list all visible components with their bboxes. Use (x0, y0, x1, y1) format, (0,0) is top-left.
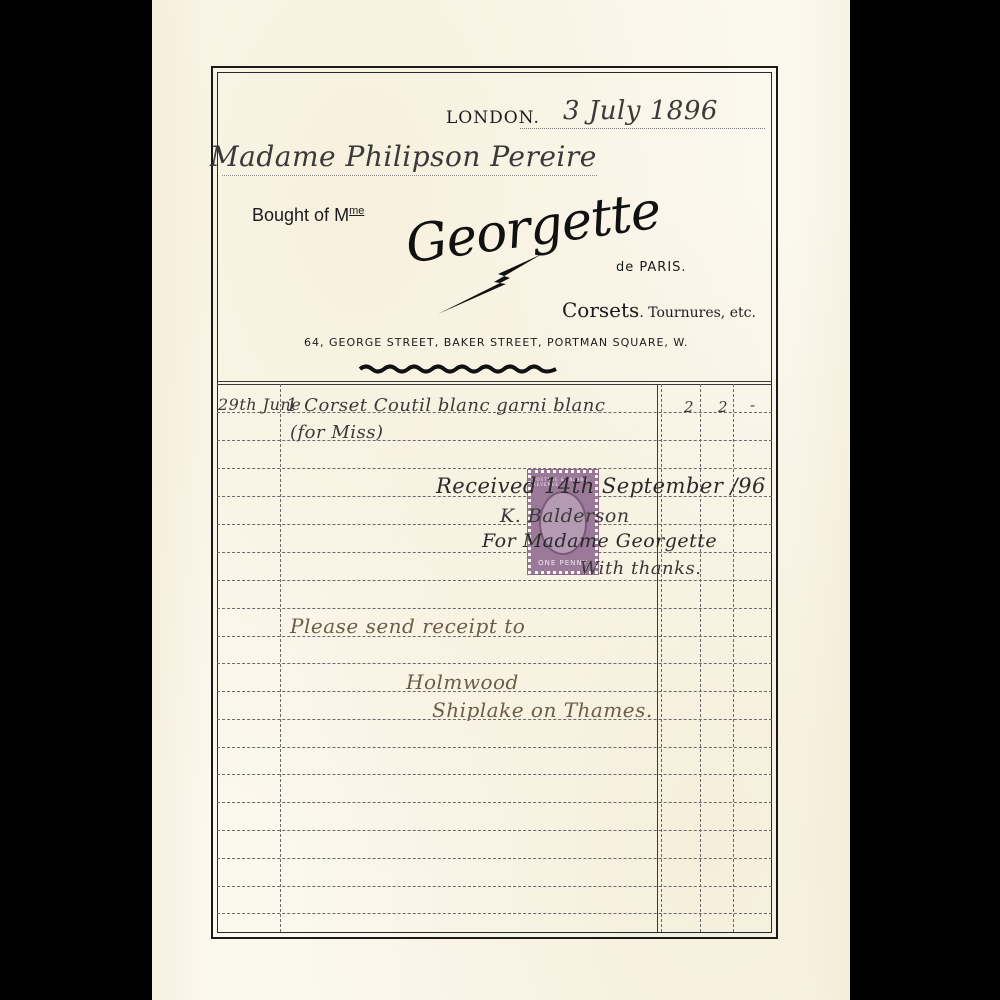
note-line-1: Please send receipt to (290, 614, 525, 638)
item-pence: - (750, 396, 756, 414)
scan-canvas: LONDON. 3 July 1896 Madame Philipson Per… (0, 0, 1000, 1000)
row-line (217, 747, 772, 748)
shillings-column-divider (700, 384, 701, 932)
city-label: LONDON. (446, 108, 540, 128)
pence-column-divider (733, 384, 734, 932)
row-line (217, 552, 772, 553)
decorative-rule-icon (358, 363, 558, 375)
row-line (217, 468, 772, 469)
row-line (217, 524, 772, 525)
note-line-3: Shiplake on Thames. (432, 698, 653, 722)
receipt-signature: K. Balderson (500, 505, 630, 527)
origin-label: de PARIS. (616, 260, 687, 275)
addressee-dotted-line (222, 175, 597, 176)
row-line (217, 580, 772, 581)
bought-of-label: Bought of Mme (252, 205, 364, 226)
invoice-date: 3 July 1896 (563, 96, 718, 126)
date-column-divider (280, 384, 281, 932)
item-note: (for Miss) (290, 422, 384, 443)
row-line (217, 663, 772, 664)
bought-of-sup: me (349, 205, 364, 217)
receipt-thanks: With thanks. (580, 558, 702, 579)
goods-rest: . Tournures, etc. (639, 305, 756, 321)
logo-flourish-icon (436, 232, 546, 317)
addressee-name: Madame Philipson Pereire (210, 140, 597, 173)
item-shillings: 2 (718, 398, 728, 416)
item-description: 1 Corset Coutil blanc garni blanc (286, 395, 605, 416)
table-top-rule (217, 381, 772, 382)
row-line (217, 886, 772, 887)
goods-label: Corsets. Tournures, etc. (562, 298, 756, 322)
row-line (217, 802, 772, 803)
row-line (217, 774, 772, 775)
goods-main: Corsets (562, 298, 639, 322)
table-top-rule-2 (217, 384, 772, 385)
row-line (217, 608, 772, 609)
item-pounds: 2 (684, 398, 694, 416)
inner-border (217, 72, 772, 933)
bought-of-text: Bought of M (252, 205, 349, 225)
shop-address: 64, GEORGE STREET, BAKER STREET, PORTMAN… (304, 336, 689, 349)
receipt-received: Received 14th September /96 (436, 474, 766, 498)
row-line (217, 830, 772, 831)
receipt-for: For Madame Georgette (482, 530, 717, 552)
amount-column-divider (657, 384, 658, 932)
amount-column-divider-2 (661, 384, 662, 932)
note-line-2: Holmwood (406, 670, 519, 694)
date-dotted-line (520, 128, 765, 129)
row-line (217, 858, 772, 859)
row-line (217, 913, 772, 914)
